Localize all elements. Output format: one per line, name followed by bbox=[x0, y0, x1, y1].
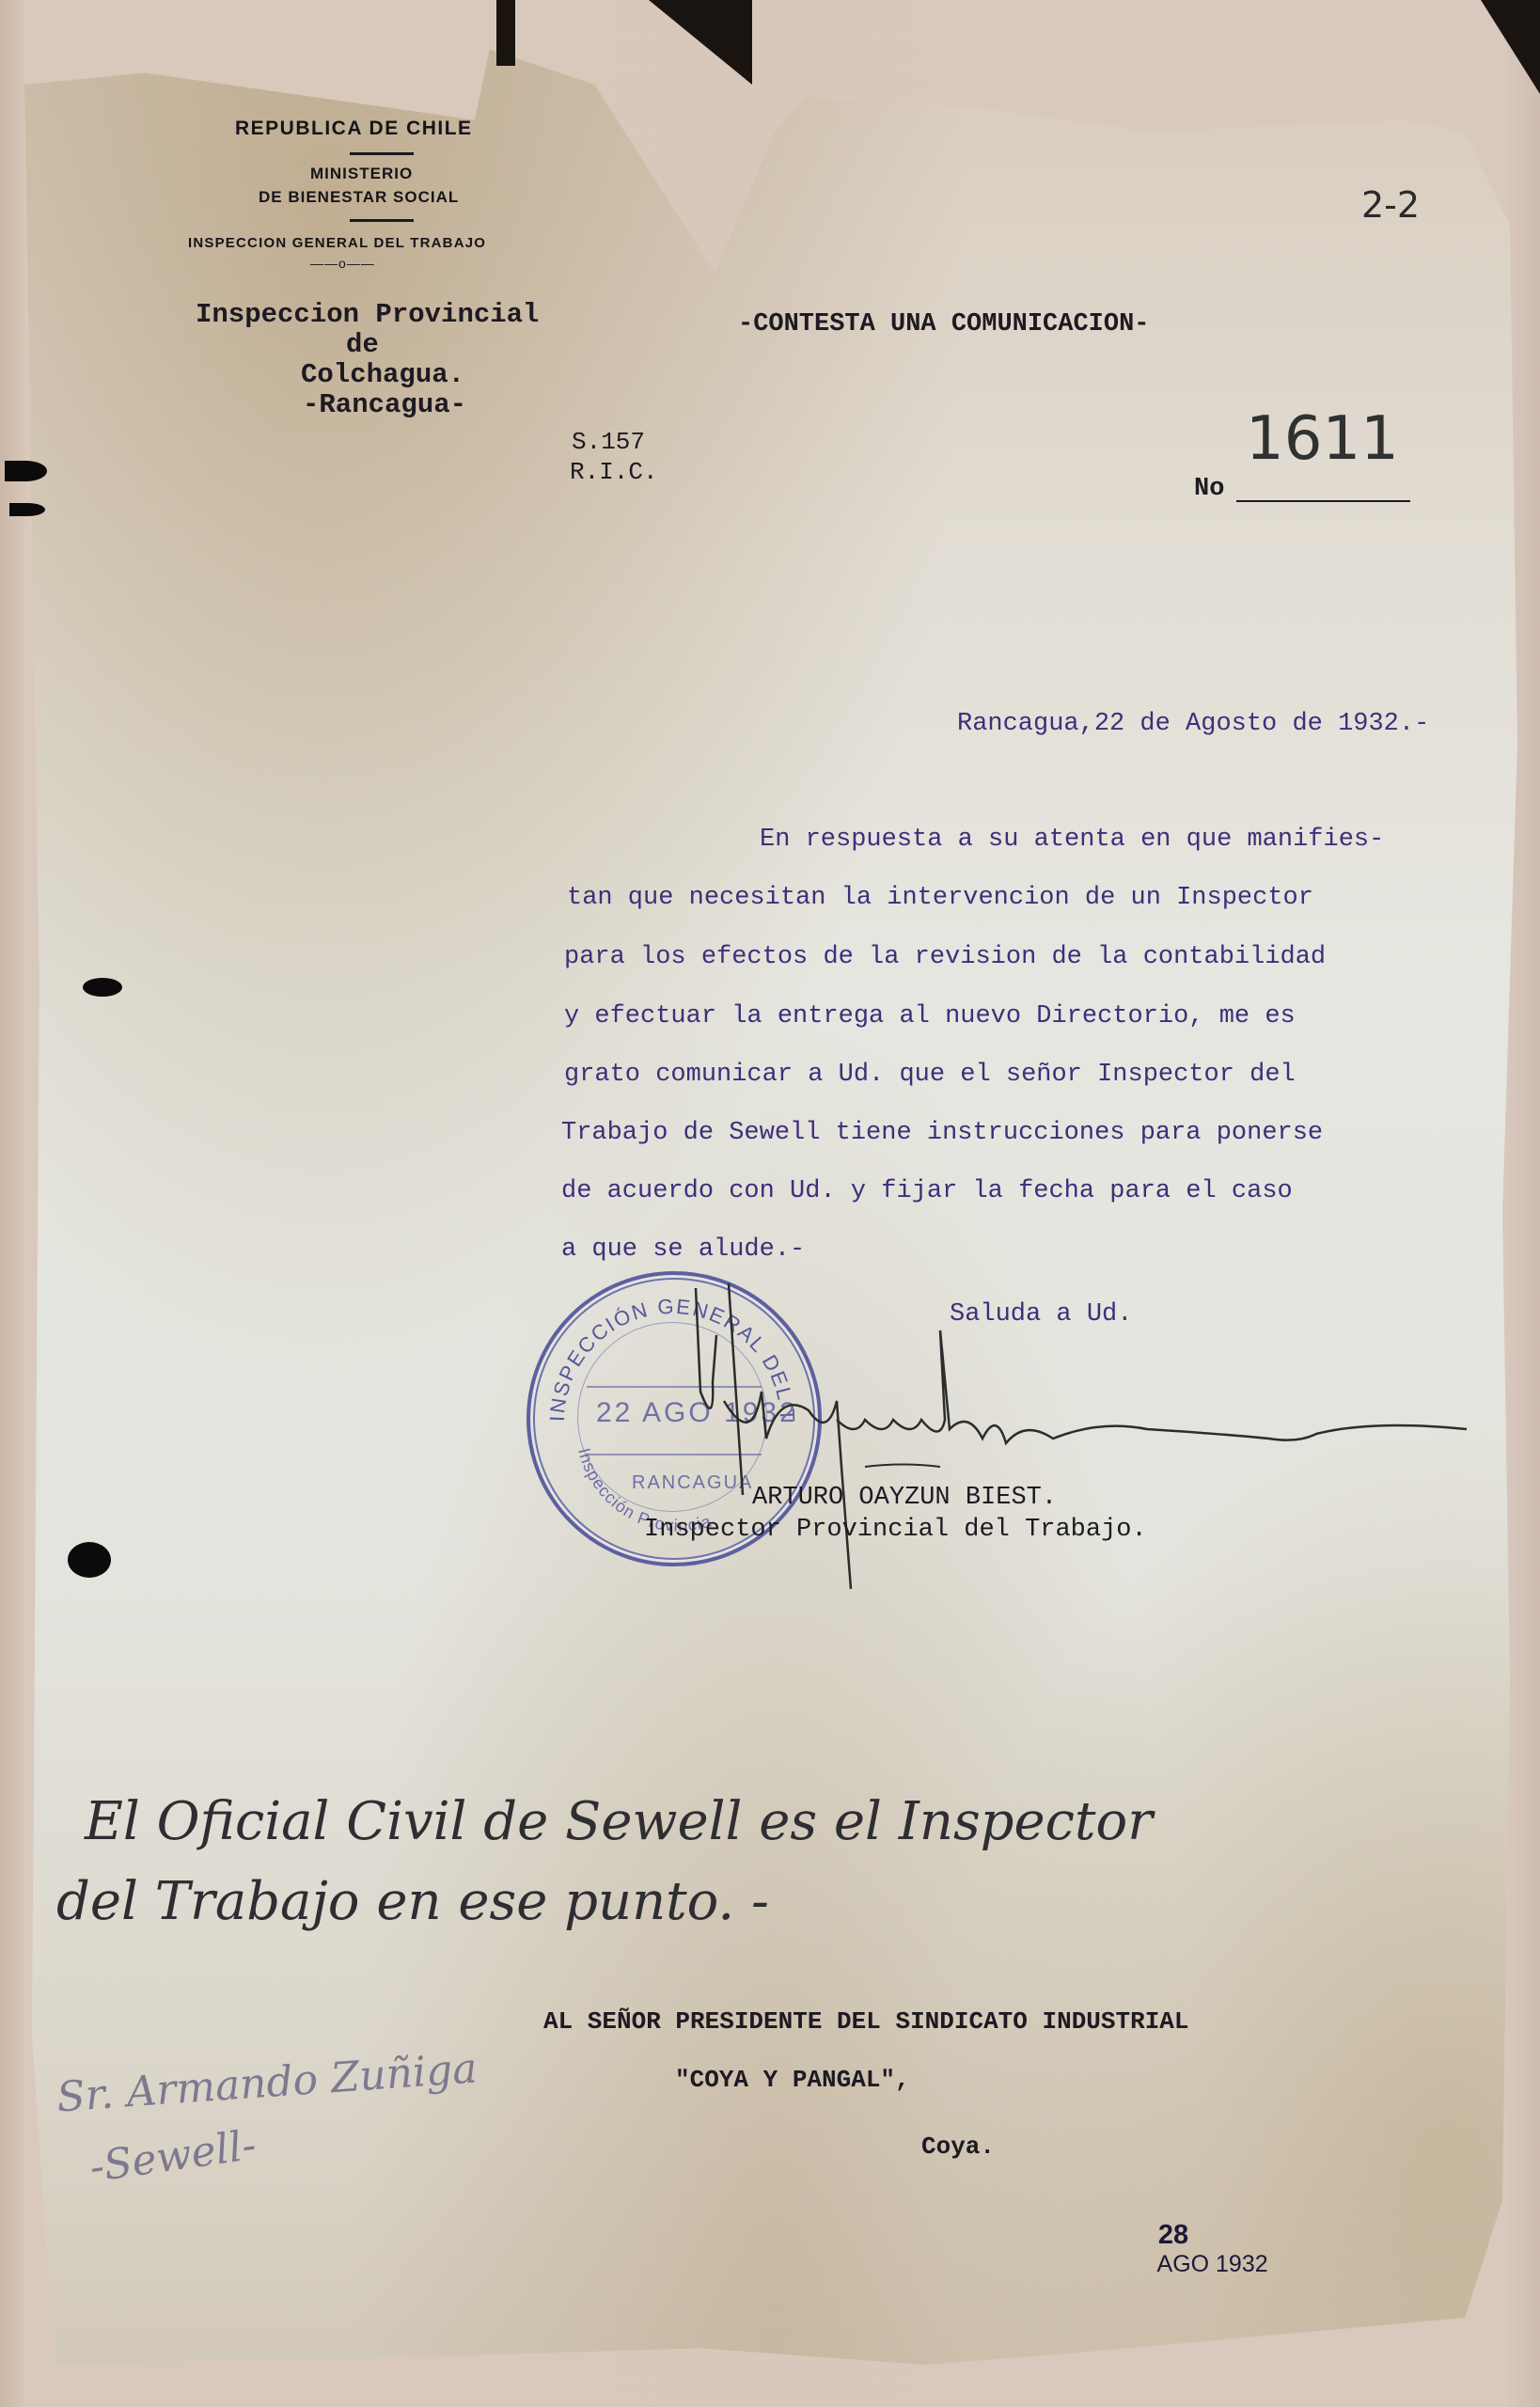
letterhead-department: INSPECCION GENERAL DEL TRABAJO bbox=[188, 235, 486, 251]
addressee-line: Coya. bbox=[921, 2132, 995, 2161]
body-line: Trabajo de Sewell tiene instrucciones pa… bbox=[561, 1119, 1323, 1147]
received-date-stamp: 28 AGO 1932 bbox=[1145, 2193, 1268, 2278]
signatory-title: Inspector Provincial del Trabajo. bbox=[644, 1516, 1147, 1544]
body-line: a que se alude.- bbox=[561, 1235, 805, 1264]
letterhead-ministry-name: DE BIENESTAR SOCIAL bbox=[259, 188, 459, 207]
reference-code: S.157 bbox=[572, 428, 645, 456]
punch-hole bbox=[83, 978, 122, 997]
received-day: 28 bbox=[1158, 2220, 1188, 2250]
torn-edge bbox=[1481, 0, 1540, 94]
addressee-line: "COYA Y PANGAL", bbox=[675, 2066, 910, 2094]
body-line: En respuesta a su atenta en que manifies… bbox=[760, 826, 1384, 854]
sender-city: -Rancagua- bbox=[303, 389, 466, 420]
body-line: grato comunicar a Ud. que el señor Inspe… bbox=[564, 1061, 1296, 1089]
handwritten-note-line: del Trabajo en ese punto. - bbox=[56, 1871, 769, 1932]
number-label: No bbox=[1194, 475, 1224, 503]
received-month-year: AGO 1932 bbox=[1157, 2251, 1268, 2277]
signature bbox=[658, 1279, 1504, 1617]
torn-edge bbox=[649, 0, 752, 85]
letterhead-ornament: ——o—— bbox=[310, 256, 375, 271]
reference-initials: R.I.C. bbox=[570, 458, 658, 486]
subject-line: -CONTESTA UNA COMUNICACION- bbox=[738, 310, 1149, 338]
number-underline bbox=[1236, 500, 1410, 502]
letterhead-country: REPUBLICA DE CHILE bbox=[235, 118, 473, 140]
body-line: y efectuar la entrega al nuevo Directori… bbox=[564, 1002, 1296, 1030]
document-page bbox=[24, 38, 1525, 2388]
torn-edge bbox=[496, 0, 515, 66]
sender-office: Inspeccion Provincial bbox=[196, 299, 539, 330]
signatory-name: ARTURO OAYZUN BIEST. bbox=[752, 1484, 1057, 1512]
letterhead-ministry: MINISTERIO bbox=[310, 165, 413, 183]
divider bbox=[350, 219, 414, 222]
body-line: para los efectos de la revision de la co… bbox=[564, 943, 1326, 971]
punch-hole bbox=[68, 1542, 111, 1578]
page-mark: 2-2 bbox=[1361, 184, 1420, 226]
handwritten-note-line: El Oficial Civil de Sewell es el Inspect… bbox=[85, 1791, 1153, 1852]
body-line: tan que necesitan la intervencion de un … bbox=[567, 884, 1313, 912]
addressee-line: AL SEÑOR PRESIDENTE DEL SINDICATO INDUST… bbox=[543, 2007, 1189, 2036]
punch-hole bbox=[5, 461, 47, 481]
punch-hole bbox=[9, 503, 45, 516]
sender-province: Colchagua. bbox=[301, 359, 464, 390]
sender-office-de: de bbox=[346, 329, 379, 360]
divider bbox=[350, 152, 414, 155]
place-date: Rancagua,22 de Agosto de 1932.- bbox=[957, 710, 1429, 738]
number-value: 1611 bbox=[1246, 404, 1399, 474]
body-line: de acuerdo con Ud. y fijar la fecha para… bbox=[561, 1177, 1293, 1205]
